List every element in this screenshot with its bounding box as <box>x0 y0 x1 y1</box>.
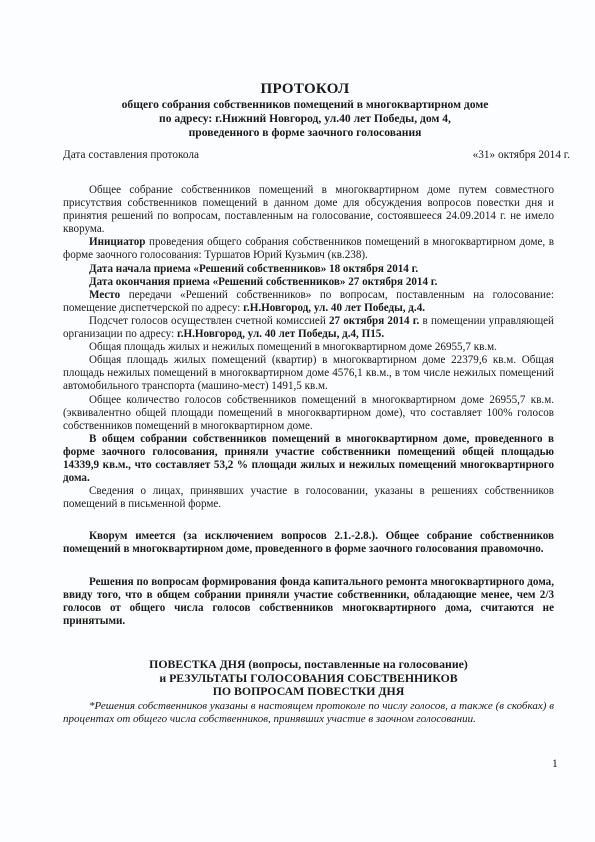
page-number: 1 <box>552 758 558 770</box>
count-address: г.Н.Новгород, ул. 40 лет Победы, д.4, П1… <box>177 328 384 340</box>
protocol-date-row: Дата составления протокола «31» октября … <box>63 149 570 161</box>
date-label: Дата составления протокола <box>63 149 199 161</box>
paragraph-capital-repair: Решения по вопросам формирования фонда к… <box>63 576 554 628</box>
paragraph-total-votes: Общее количество голосов собственников п… <box>63 394 554 433</box>
subtitle-line-3: проведенного в форме заочного голосовани… <box>60 126 550 140</box>
paragraph-participation: В общем собрании собственников помещений… <box>63 433 554 485</box>
agenda-section: ПОВЕСТКА ДНЯ (вопросы, поставленные на г… <box>63 658 554 726</box>
paragraph-vote-count: Подсчет голосов осуществлен счетной коми… <box>63 315 554 341</box>
count-date: 27 октября 2014 г. <box>329 315 419 327</box>
paragraph-end-date: Дата окончания приема «Решений собственн… <box>63 276 554 289</box>
document-title: ПРОТОКОЛ <box>60 80 550 98</box>
paragraph-place: Место передачи «Решений собственников» п… <box>63 289 554 315</box>
place-label: Место <box>89 289 120 301</box>
agenda-heading-line-3: ПО ВОПРОСАМ ПОВЕСТКИ ДНЯ <box>63 685 554 699</box>
count-text-1: Подсчет голосов осуществлен счетной коми… <box>89 315 329 327</box>
agenda-heading-line-2: и РЕЗУЛЬТАТЫ ГОЛОСОВАНИЯ СОБСТВЕННИКОВ <box>63 672 554 686</box>
paragraph-previous-meeting: Общее собрание собственников помещений в… <box>63 184 554 236</box>
place-address: г.Н.Новгород, ул. 40 лет Победы, д.4. <box>243 302 425 314</box>
date-value: «31» октября 2014 г. <box>473 149 570 161</box>
paragraph-participants-info: Сведения о лицах, принявших участие в го… <box>63 485 554 511</box>
paragraph-initiator: Инициатор проведения общего собрания соб… <box>63 236 554 262</box>
paragraph-start-date: Дата начала приема «Решений собственнико… <box>63 263 554 276</box>
title-block: ПРОТОКОЛ общего собрания собственников п… <box>60 80 550 140</box>
document-page: ПРОТОКОЛ общего собрания собственников п… <box>0 0 595 842</box>
paragraph-total-area: Общая площадь жилых и нежилых помещений … <box>63 341 554 354</box>
paragraph-quorum: Кворум имеется (за исключением вопросов … <box>63 530 554 556</box>
subtitle-line-1: общего собрания собственников помещений … <box>60 98 550 112</box>
initiator-label: Инициатор <box>89 236 145 248</box>
paragraph-residential-area: Общая площадь жилых помещений (квартир) … <box>63 354 554 393</box>
agenda-note: *Решения собственников указаны в настоящ… <box>63 700 554 726</box>
subtitle-line-2: по адресу: г.Нижний Новгород, ул.40 лет … <box>60 112 550 126</box>
agenda-heading-line-1: ПОВЕСТКА ДНЯ (вопросы, поставленные на г… <box>63 658 554 672</box>
document-body: Общее собрание собственников помещений в… <box>63 184 554 628</box>
